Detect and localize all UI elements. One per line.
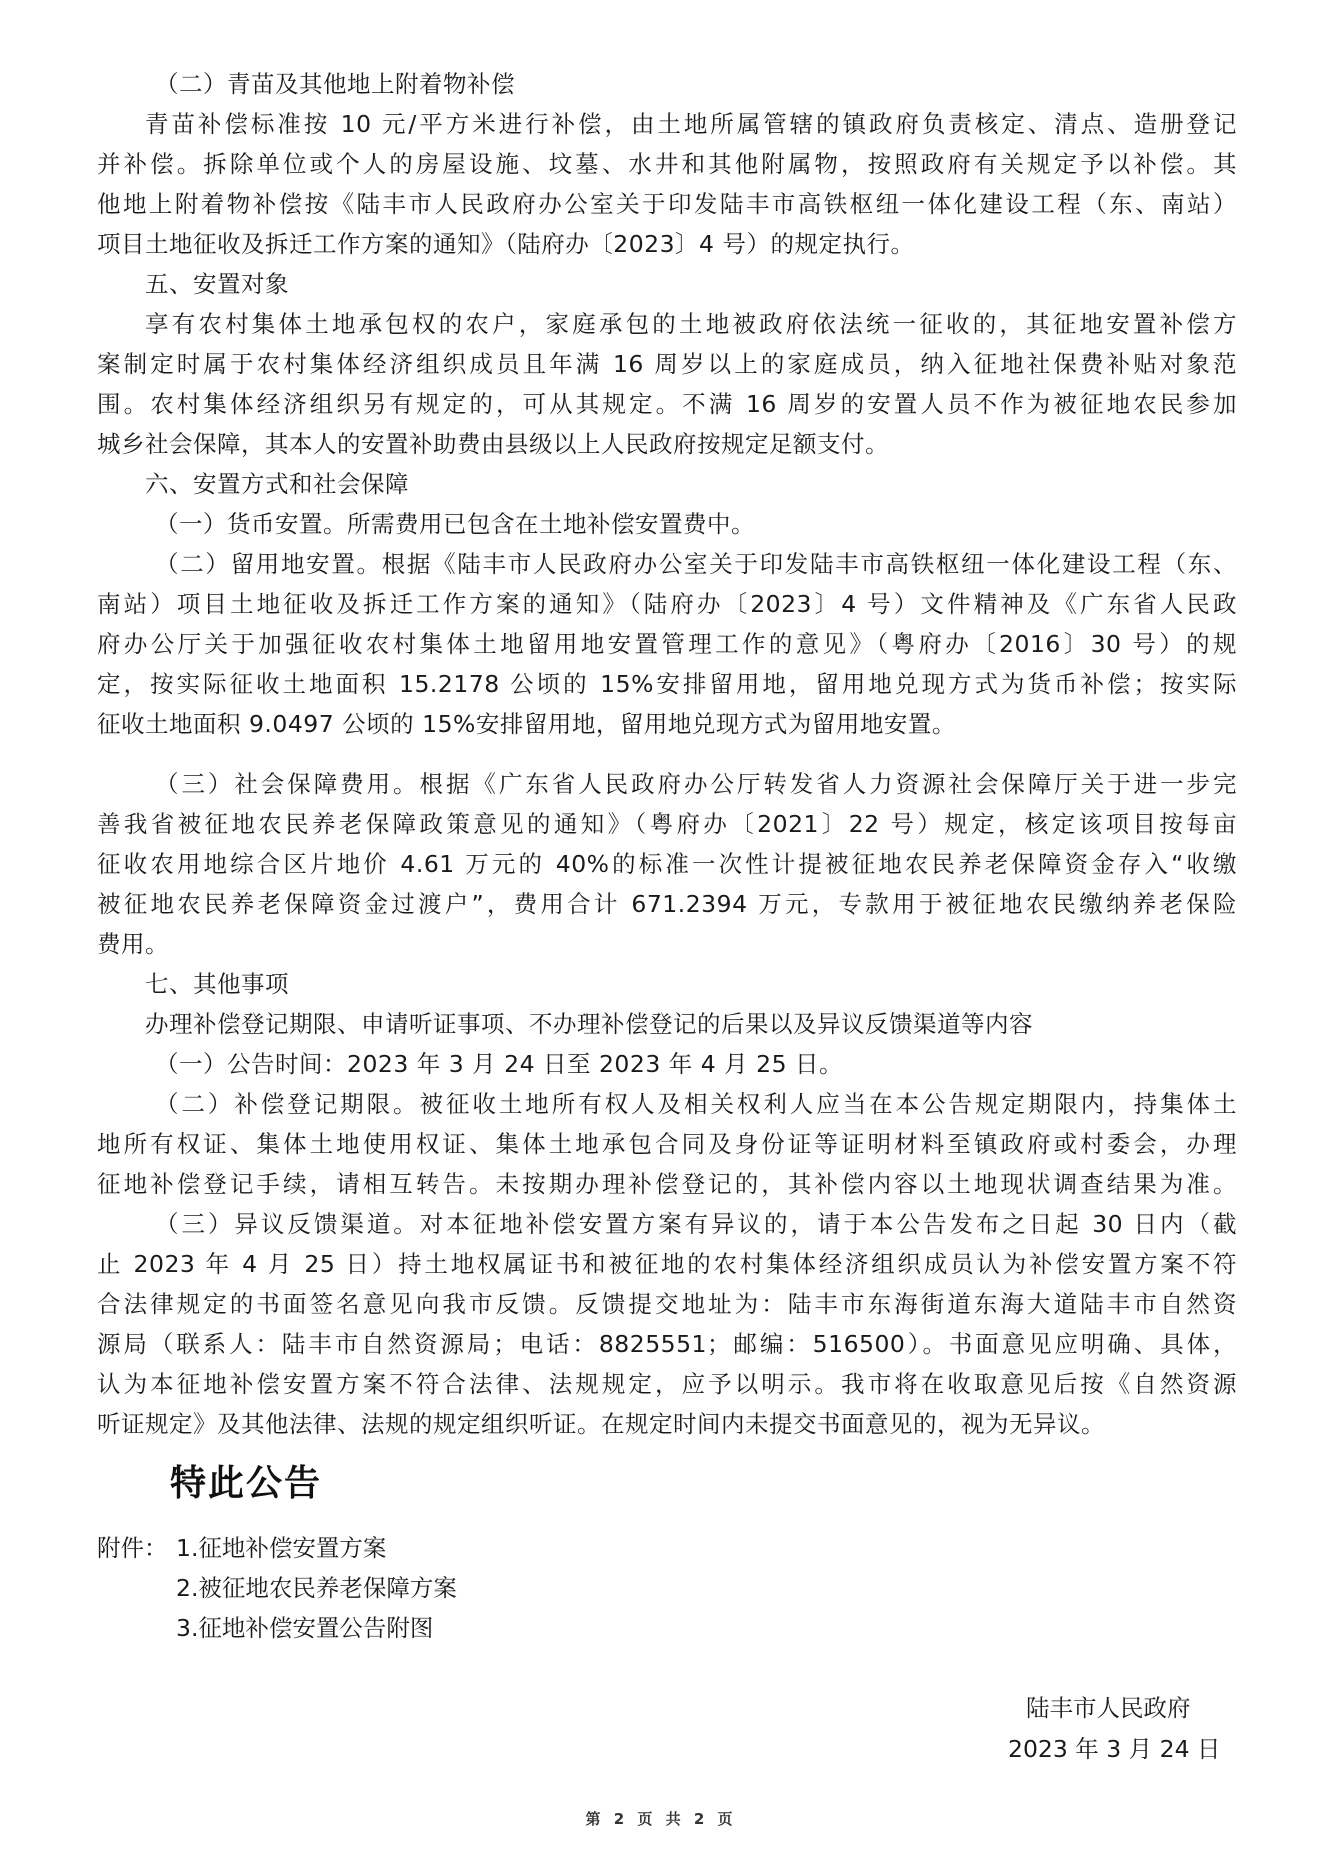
- paragraph-line: 围。农村集体经济组织另有规定的，可从其规定。不满 16 周岁的安置人员不作为被征…: [97, 384, 1237, 424]
- paragraph-line: 合法律规定的书面签名意见向我市反馈。反馈提交地址为：陆丰市东海街道东海大道陆丰市…: [97, 1284, 1237, 1324]
- paragraph-line: （一）公告时间：2023 年 3 月 24 日至 2023 年 4 月 25 日…: [155, 1044, 1237, 1084]
- section-heading-resettlement-methods: 六、安置方式和社会保障: [145, 464, 1237, 504]
- attachment-item: 3.征地补偿安置公告附图: [176, 1608, 433, 1648]
- paragraph-line: 认为本征地补偿安置方案不符合法律、法规规定，应予以明示。我市将在收取意见后按《自…: [97, 1364, 1237, 1404]
- paragraph-line: 享有农村集体土地承包权的农户，家庭承包的土地被政府依法统一征收的，其征地安置补偿…: [145, 304, 1237, 344]
- paragraph-line: 青苗补偿标准按 10 元/平方米进行补偿，由土地所属管辖的镇政府负责核定、清点、…: [145, 104, 1237, 144]
- paragraph-line: 源局（联系人：陆丰市自然资源局；电话：8825551；邮编：516500）。书面…: [97, 1324, 1237, 1364]
- paragraph-line: 南站）项目土地征收及拆迁工作方案的通知》（陆府办〔2023〕4 号）文件精神及《…: [97, 584, 1237, 624]
- paragraph-line: 费用。: [97, 924, 1237, 964]
- paragraph-line: （三）社会保障费用。根据《广东省人民政府办公厅转发省人力资源社会保障厅关于进一步…: [155, 764, 1237, 804]
- paragraph-line: 并补偿。拆除单位或个人的房屋设施、坟墓、水井和其他附属物，按照政府有关规定予以补…: [97, 144, 1237, 184]
- issue-date: 2023 年 3 月 24 日: [1008, 1729, 1221, 1769]
- paragraph-line: 办理补偿登记期限、申请听证事项、不办理补偿登记的后果以及异议反馈渠道等内容: [145, 1004, 1237, 1044]
- attachments-label: 附件：: [97, 1528, 168, 1568]
- section-heading-resettlement-targets: 五、安置对象: [145, 264, 1237, 304]
- paragraph-line: 听证规定》及其他法律、法规的规定组织听证。在规定时间内未提交书面意见的，视为无异…: [97, 1404, 1237, 1444]
- paragraph-line: 项目土地征收及拆迁工作方案的通知》（陆府办〔2023〕4 号）的规定执行。: [97, 224, 1237, 264]
- closing-heading: 特此公告: [170, 1458, 322, 1508]
- attachment-item: 1.征地补偿安置方案: [176, 1528, 386, 1568]
- document-page: （二）青苗及其他地上附着物补偿 青苗补偿标准按 10 元/平方米进行补偿，由土地…: [0, 0, 1322, 1870]
- paragraph-line: （三）异议反馈渠道。对本征地补偿安置方案有异议的，请于本公告发布之日起 30 日…: [155, 1204, 1237, 1244]
- paragraph-line: 征收农用地综合区片地价 4.61 万元的 40%的标准一次性计提被征地农民养老保…: [97, 844, 1237, 884]
- paragraph-line: 定，按实际征收土地面积 15.2178 公顷的 15%安排留用地，留用地兑现方式…: [97, 664, 1237, 704]
- paragraph-line: 征收土地面积 9.0497 公顷的 15%安排留用地，留用地兑现方式为留用地安置…: [97, 704, 1237, 744]
- page-number-footer: 第 2 页 共 2 页: [0, 1808, 1322, 1829]
- paragraph-line: 止 2023 年 4 月 25 日）持土地权属证书和被征地的农村集体经济组织成员…: [97, 1244, 1237, 1284]
- paragraph-line: 善我省被征地农民养老保障政策意见的通知》（粤府办〔2021〕22 号）规定，核定…: [97, 804, 1237, 844]
- section-heading-crops-compensation: （二）青苗及其他地上附着物补偿: [155, 64, 1237, 104]
- attachment-item: 2.被征地农民养老保障方案: [176, 1568, 457, 1608]
- paragraph-line: 他地上附着物补偿按《陆丰市人民政府办公室关于印发陆丰市高铁枢纽一体化建设工程（东…: [97, 184, 1237, 224]
- section-heading-other-matters: 七、其他事项: [145, 964, 1237, 1004]
- paragraph-line: 地所有权证、集体土地使用权证、集体土地承包合同及身份证等证明材料至镇政府或村委会…: [97, 1124, 1237, 1164]
- paragraph-line: （一）货币安置。所需费用已包含在土地补偿安置费中。: [155, 504, 1237, 544]
- issuer-name: 陆丰市人民政府: [1026, 1688, 1191, 1728]
- paragraph-line: 被征地农民养老保障资金过渡户”，费用合计 671.2394 万元，专款用于被征地…: [97, 884, 1237, 924]
- paragraph-line: 征地补偿登记手续，请相互转告。未按期办理补偿登记的，其补偿内容以土地现状调查结果…: [97, 1164, 1237, 1204]
- paragraph-line: 城乡社会保障，其本人的安置补助费由县级以上人民政府按规定足额支付。: [97, 424, 1237, 464]
- paragraph-line: 案制定时属于农村集体经济组织成员且年满 16 周岁以上的家庭成员，纳入征地社保费…: [97, 344, 1237, 384]
- paragraph-line: 府办公厅关于加强征收农村集体土地留用地安置管理工作的意见》（粤府办〔2016〕3…: [97, 624, 1237, 664]
- paragraph-line: （二）留用地安置。根据《陆丰市人民政府办公室关于印发陆丰市高铁枢纽一体化建设工程…: [155, 544, 1237, 584]
- paragraph-line: （二）补偿登记期限。被征收土地所有权人及相关权利人应当在本公告规定期限内，持集体…: [155, 1084, 1237, 1124]
